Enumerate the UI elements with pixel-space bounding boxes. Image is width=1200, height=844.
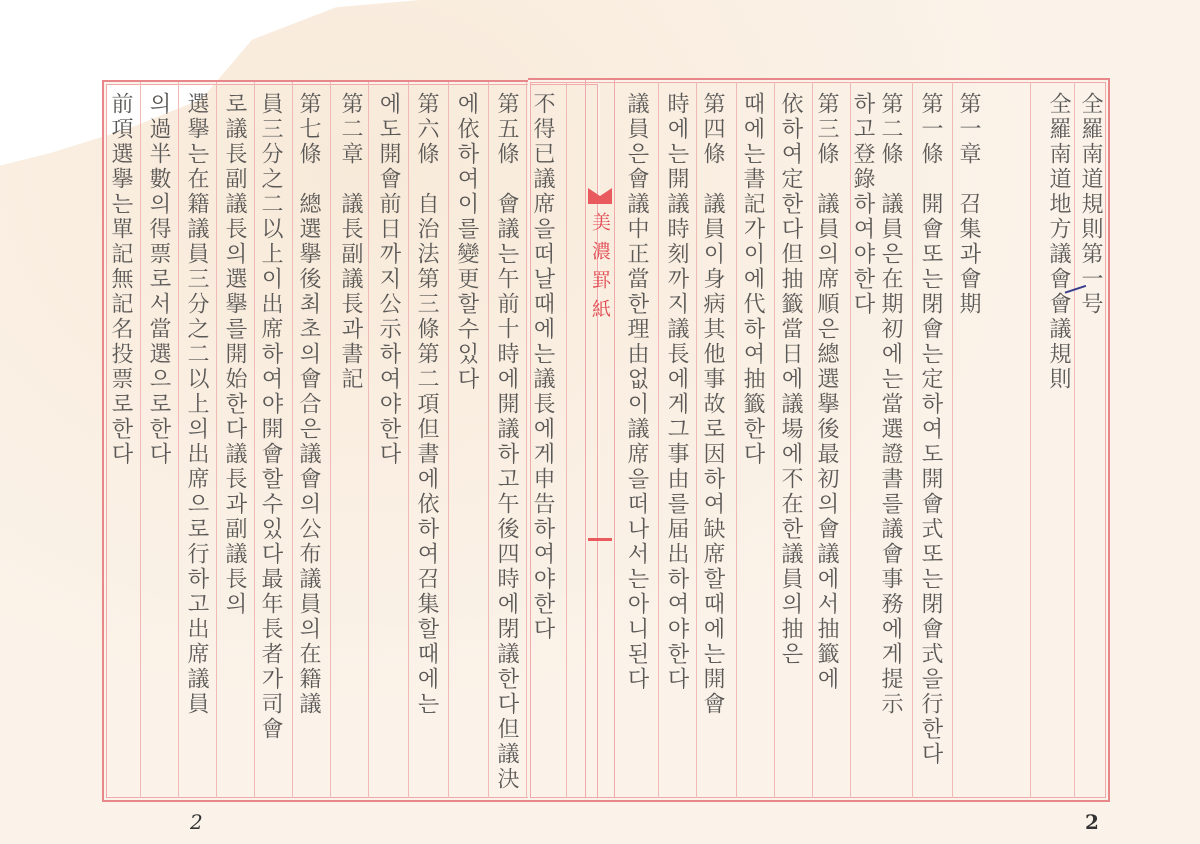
text-column: 第二章 議長副議長과書記 — [338, 92, 362, 392]
center-fold-band — [585, 80, 615, 798]
ruled-line — [526, 82, 527, 798]
ruled-line — [448, 82, 449, 798]
ruled-line — [1074, 82, 1075, 798]
text-column: 第六條 自治法第三條第二項但書에依하여召集할때에는 — [414, 92, 438, 717]
ruled-line — [566, 82, 567, 798]
text-column: 選擧는在籍議員三分之二以上의出席으로行하고出席議員 — [184, 92, 208, 717]
text-column: 不得已議席을떠날때에는議長에게申告하여야한다 — [530, 92, 554, 642]
ruled-line — [368, 82, 369, 798]
text-column: 에依하여이를變更할수있다 — [454, 92, 478, 392]
text-column: 第五條 會議는午前十時에開議하고午後四時에閉議한다但議決 — [494, 92, 518, 792]
text-column: 全羅南道規則第一号 — [1078, 92, 1102, 317]
text-column: 時에는開議時刻까지議長에게그事由를届出하여야한다 — [664, 92, 688, 692]
fishtail-mark-bottom — [588, 538, 612, 541]
ruled-line — [254, 82, 255, 798]
text-column: 로議長副議長의選擧를開始한다議長과副議長의 — [222, 92, 246, 617]
page-number-right: 2 — [1085, 810, 1099, 834]
text-column: 의過半數의得票로서當選으로한다 — [146, 92, 170, 467]
ruled-line — [1030, 82, 1031, 798]
ruled-line — [408, 82, 409, 798]
ruled-line — [178, 82, 179, 798]
text-column: 때에는書記가이에代하여抽籤한다 — [740, 92, 764, 467]
ruled-line — [658, 82, 659, 798]
text-column: 第二條 議員은在期初에는當選證書를議會事務에게提示 — [878, 92, 902, 717]
ruled-line — [292, 82, 293, 798]
ruled-line — [774, 82, 775, 798]
ruled-line — [330, 82, 331, 798]
ruled-line — [216, 82, 217, 798]
ruled-line — [912, 82, 913, 798]
text-column: 第四條 議員이身病其他事故로因하여缺席할때에는開會 — [700, 92, 724, 717]
text-column: 員三分之二以上이出席하여야開會할수있다最年長者가司會 — [258, 92, 282, 742]
ruled-line — [952, 82, 953, 798]
ruled-line — [488, 82, 489, 798]
text-column: 依하여定한다但抽籤當日에議場에不在한議員의抽은 — [778, 92, 802, 667]
ruled-line — [812, 82, 813, 798]
page-number-left: 2 — [190, 810, 203, 834]
text-column: 에도開會前日까지公示하여야한다 — [376, 92, 400, 467]
text-column: 第一條 開會또는閉會는定하여도開會式또는閉會式을行한다 — [918, 92, 942, 767]
text-column: 前項選擧는單記無記名投票로한다 — [108, 92, 132, 467]
text-column: 하고登錄하여야한다 — [850, 92, 874, 317]
text-column: 第一章 召集과會期 — [956, 92, 980, 317]
text-column: 第三條 議員의席順은總選擧後最初의會議에서抽籤에 — [814, 92, 838, 692]
ruled-line — [140, 82, 141, 798]
paper-stamp: 美濃罫紙 — [588, 212, 612, 328]
text-column: 第七條 總選擧後최초의會合은議會의公布議員의在籍議 — [296, 92, 320, 717]
ruled-line — [696, 82, 697, 798]
text-column: 議員은會議中正當한理由없이議席을떠나서는아니된다 — [624, 92, 648, 692]
ruled-line — [736, 82, 737, 798]
text-column: 全羅南道地方議會會議規則 — [1046, 92, 1070, 392]
